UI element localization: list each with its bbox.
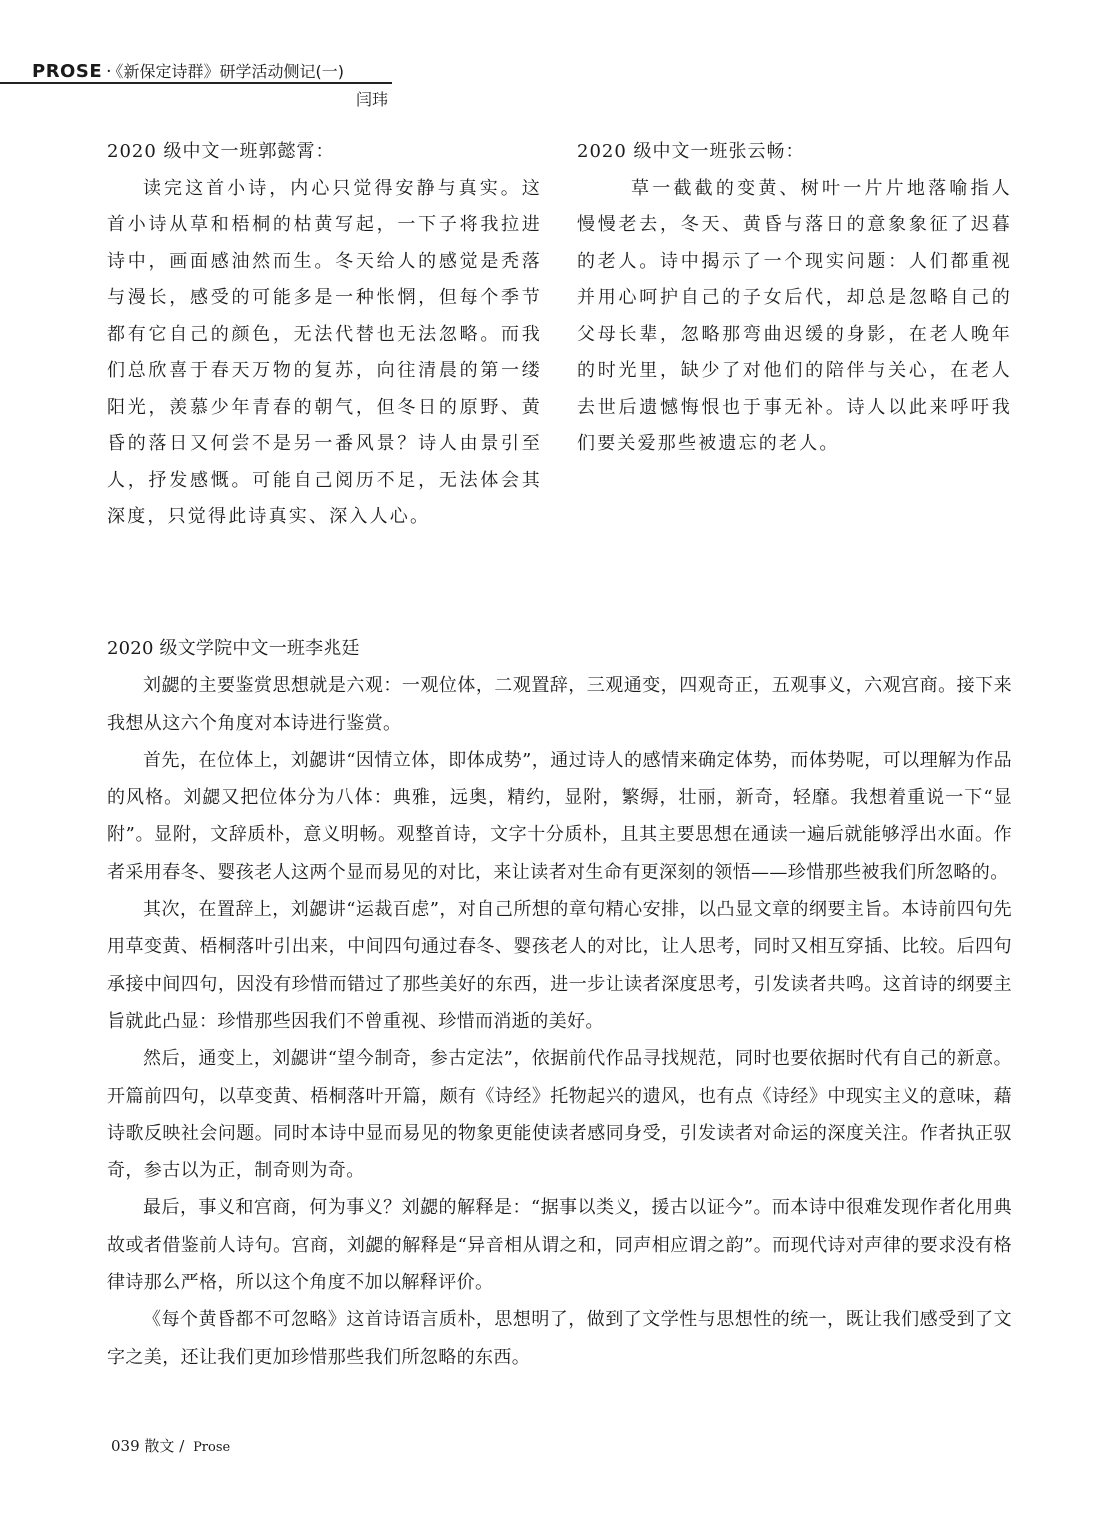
comment-paragraph: 草一截截的变黄、树叶一片片地落喻指人慢慢老去，冬天、黄昏与落日的意象象征了迟暮的… [577, 171, 1012, 463]
page-footer: 039 散文 / Prose [111, 1435, 230, 1456]
header-separator: · [106, 62, 111, 82]
page-number: 039 [111, 1437, 140, 1455]
comment-author: 2020 级中文一班张云畅： [577, 134, 1012, 171]
series-title: 《新保定诗群》研学活动侧记(一) [116, 62, 345, 81]
essay-author: 2020 级文学院中文一班李兆廷 [107, 630, 1012, 667]
brand-label: PROSE [32, 61, 102, 82]
comment-left-column: 2020 级中文一班郭懿霄： 读完这首小诗，内心只觉得安静与真实。这首小诗从草和… [107, 134, 542, 536]
essay-paragraph: 首先，在位体上，刘勰讲“因情立体，即体成势”，通过诗人的感情来确定体势，而体势呢… [107, 742, 1012, 891]
essay-paragraph: 最后，事义和宫商，何为事义？刘勰的解释是：“据事以类义，援古以证今”。而本诗中很… [107, 1189, 1012, 1301]
essay-paragraph: 然后，通变上，刘勰讲“望今制奇，参古定法”，依据前代作品寻找规范，同时也要依据时… [107, 1040, 1012, 1189]
comment-paragraph: 读完这首小诗，内心只觉得安静与真实。这首小诗从草和梧桐的枯黄写起，一下子将我拉进… [107, 171, 542, 536]
essay-paragraph: 《每个黄昏都不可忽略》这首诗语言质朴，思想明了，做到了文学性与思想性的统一，既让… [107, 1301, 1012, 1376]
comment-author: 2020 级中文一班郭懿霄： [107, 134, 542, 171]
header-rule [0, 82, 392, 84]
essay-paragraph: 其次，在置辞上，刘勰讲“运裁百虑”，对自己所想的章句精心安排，以凸显文章的纲要主… [107, 891, 1012, 1040]
footer-slash: / [179, 1437, 184, 1455]
essay-section: 2020 级文学院中文一班李兆廷 刘勰的主要鉴赏思想就是六观：一观位体，二观置辞… [107, 630, 1012, 1376]
article-author: 闫玮 [356, 87, 388, 110]
header-title: PROSE·《新保定诗群》研学活动侧记(一) [32, 62, 344, 82]
essay-paragraph: 刘勰的主要鉴赏思想就是六观：一观位体，二观置辞，三观通变，四观奇正，五观事义，六… [107, 667, 1012, 742]
section-name-en: Prose [193, 1440, 230, 1455]
comment-right-column: 2020 级中文一班张云畅： 草一截截的变黄、树叶一片片地落喻指人慢慢老去，冬天… [577, 134, 1012, 463]
section-name-cn: 散文 [144, 1437, 174, 1455]
